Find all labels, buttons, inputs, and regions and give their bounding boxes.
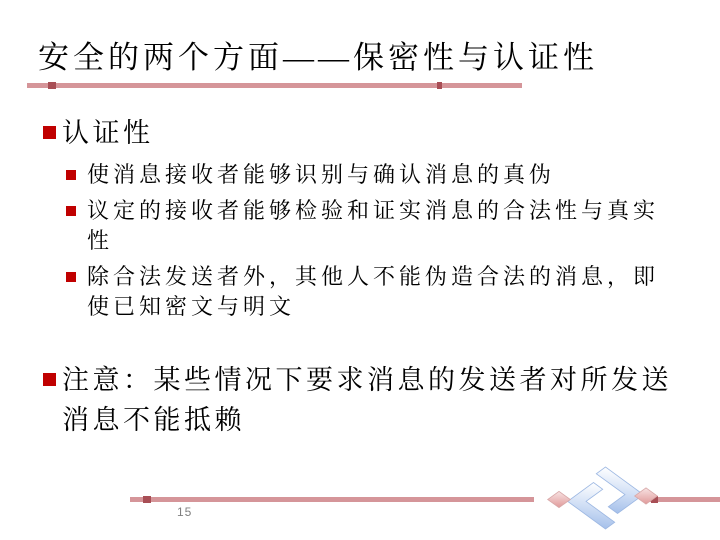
title-underline bbox=[27, 83, 522, 88]
bullet-square-icon bbox=[66, 170, 76, 180]
underline-accent-square bbox=[437, 82, 442, 89]
s-diamond-logo-icon bbox=[545, 462, 659, 532]
sub-bullet-item: 使消息接收者能够识别与确认消息的真伪 bbox=[66, 160, 668, 190]
slide-title: 安全的两个方面——保密性与认证性 bbox=[38, 32, 598, 77]
sub-bullet-text: 除合法发送者外，其他人不能伪造合法的消息，即使已知密文与明文 bbox=[87, 264, 659, 319]
presentation-slide: 安全的两个方面——保密性与认证性 认证性 使消息接收者能够识别与确认消息的真伪 … bbox=[0, 0, 720, 540]
sub-bullet-text: 使消息接收者能够识别与确认消息的真伪 bbox=[87, 162, 555, 187]
sub-bullet-item: 除合法发送者外，其他人不能伪造合法的消息，即使已知密文与明文 bbox=[66, 262, 668, 322]
underline-accent-square bbox=[48, 82, 56, 89]
bullet-level1-label: 认证性 bbox=[62, 111, 154, 150]
bullet-square-icon bbox=[43, 126, 56, 139]
sub-bullet-list: 使消息接收者能够识别与确认消息的真伪 议定的接收者能够检验和证实消息的合法性与真… bbox=[66, 160, 668, 328]
footer-rule-left bbox=[130, 497, 534, 502]
bullet-level1-note: 注意：某些情况下要求消息的发送者对所发送消息不能抵赖 bbox=[62, 360, 680, 440]
footer-accent-square bbox=[143, 496, 151, 503]
sub-bullet-item: 议定的接收者能够检验和证实消息的合法性与真实性 bbox=[66, 196, 668, 256]
bullet-square-icon bbox=[43, 373, 56, 386]
page-number: 15 bbox=[177, 505, 192, 519]
bullet-square-icon bbox=[66, 206, 76, 216]
sub-bullet-text: 议定的接收者能够检验和证实消息的合法性与真实性 bbox=[87, 198, 659, 253]
bullet-square-icon bbox=[66, 272, 76, 282]
